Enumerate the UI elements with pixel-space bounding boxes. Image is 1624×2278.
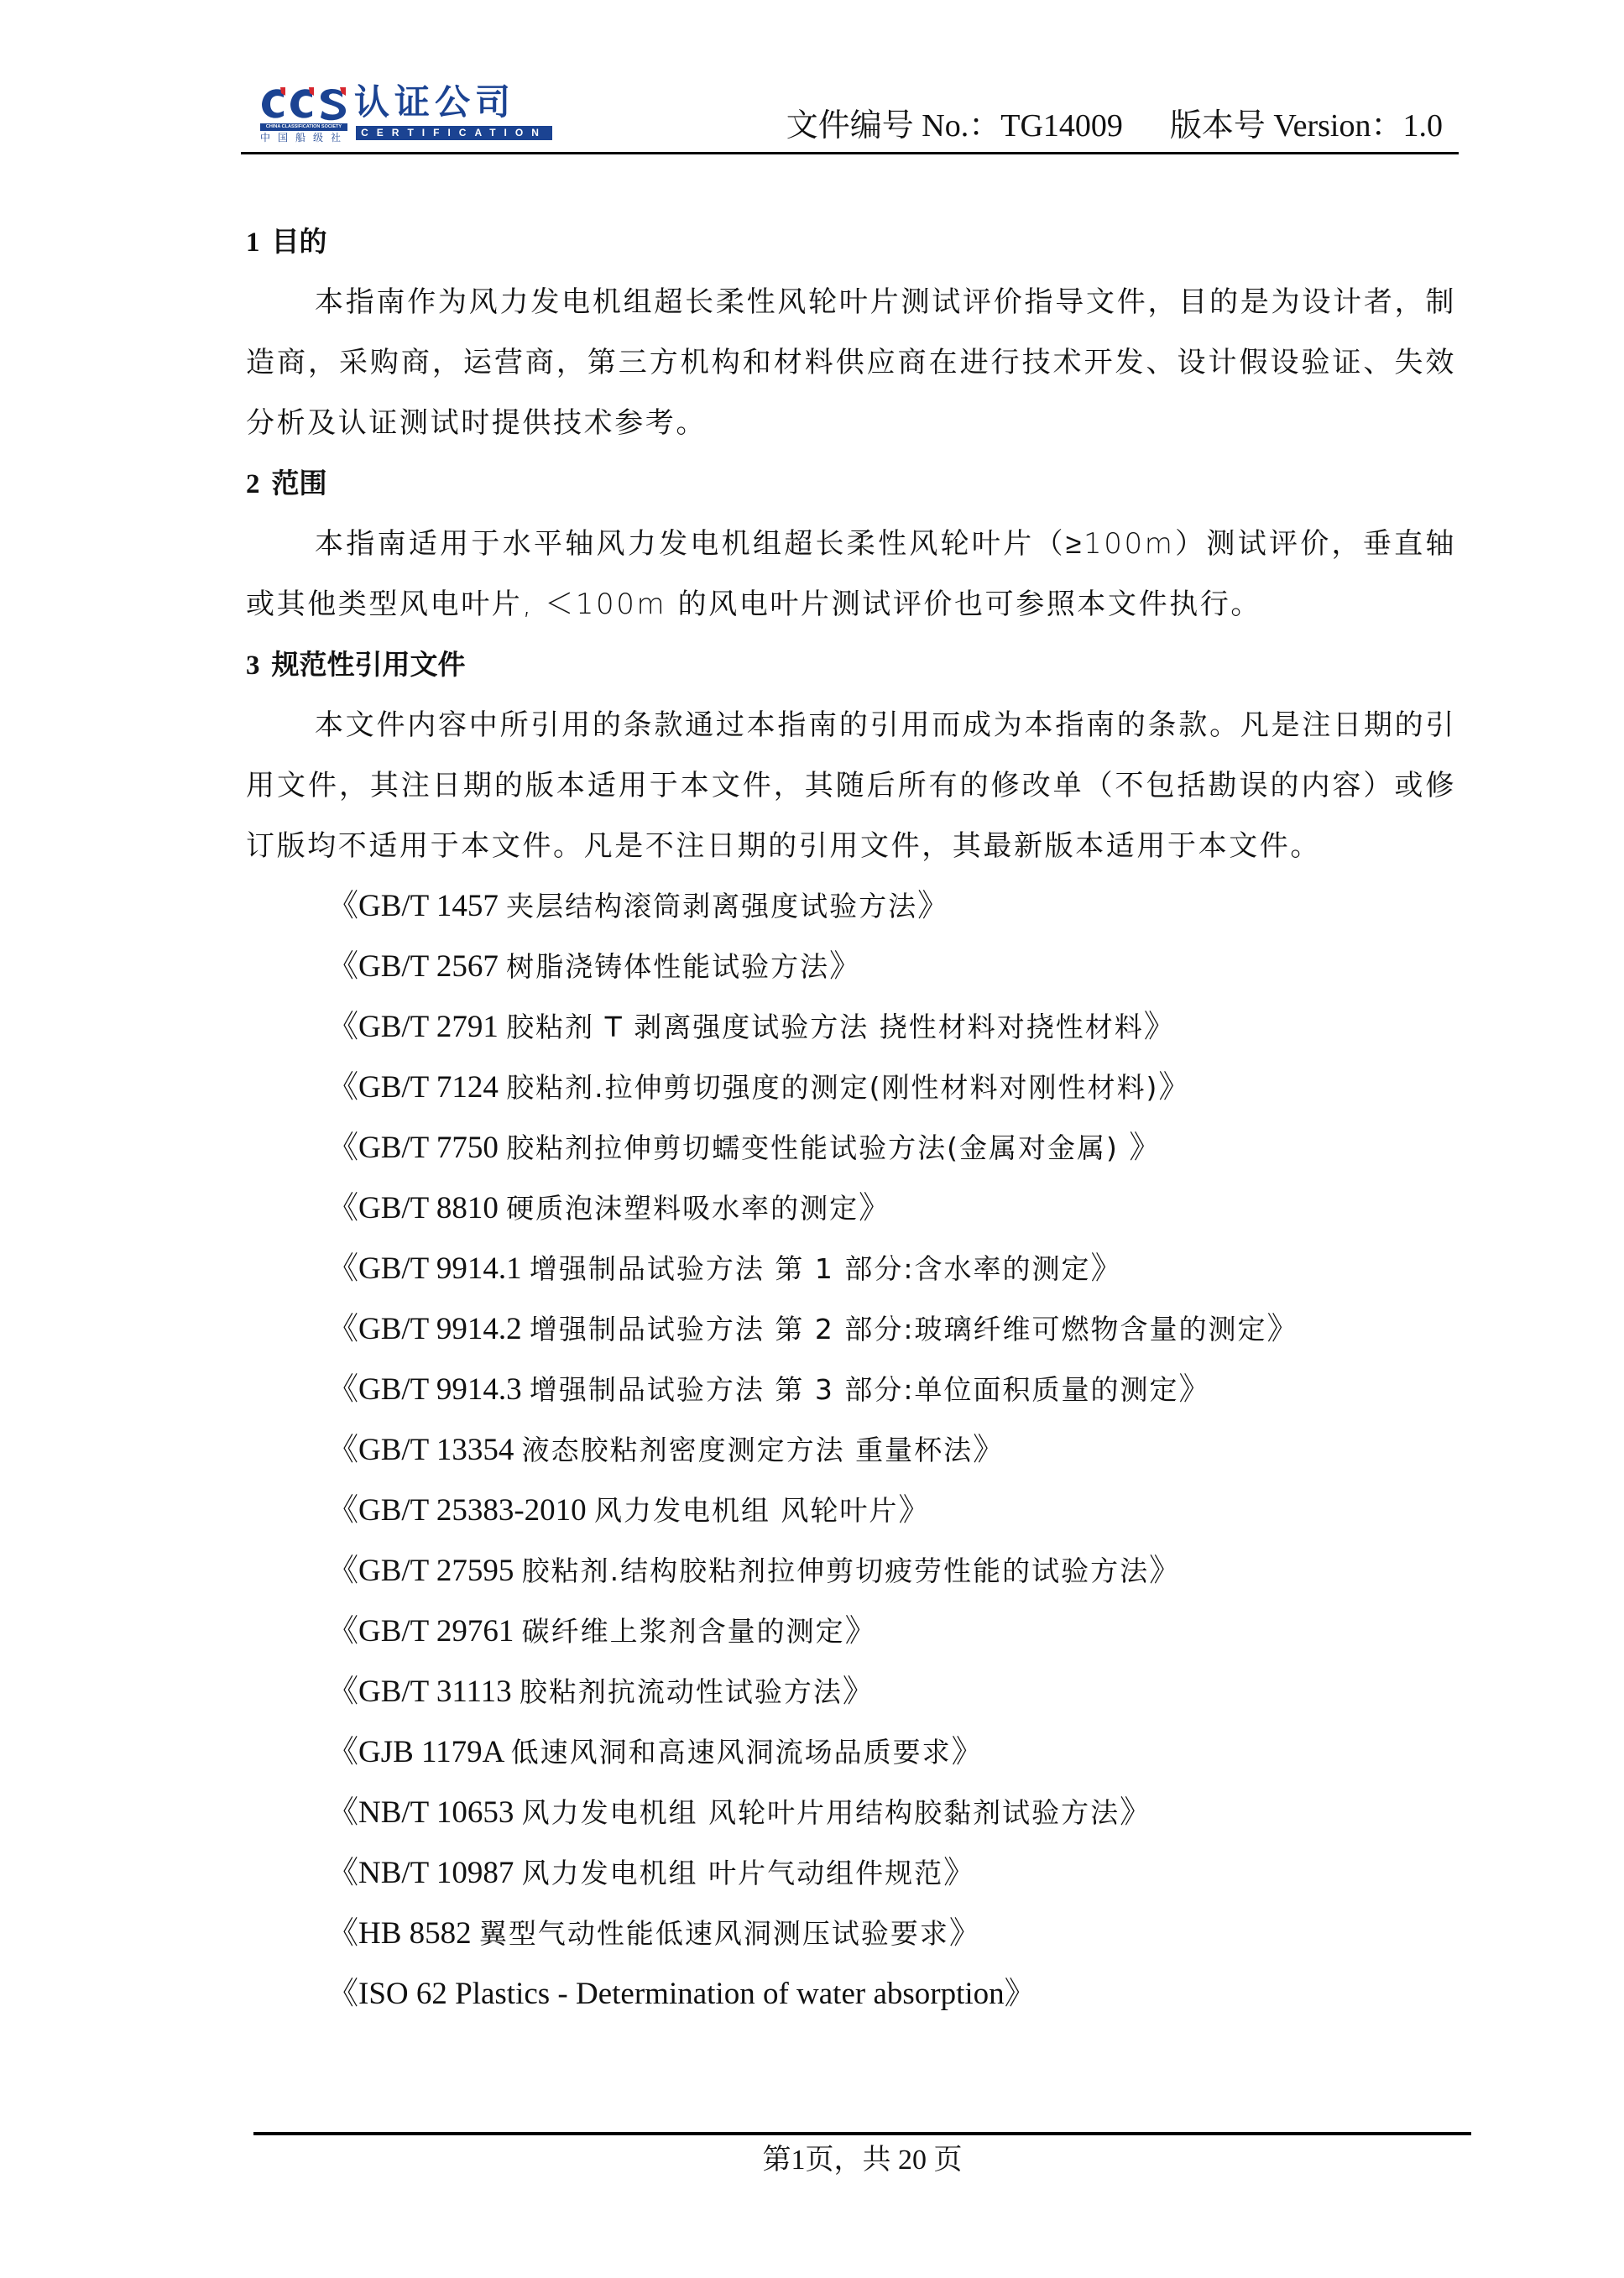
reference-code: GB/T 31113 [358, 1675, 512, 1709]
header-divider [241, 152, 1459, 154]
reference-title: 低速风洞和高速风洞流场品质要求 [511, 1736, 952, 1769]
bracket-close: 》 [829, 949, 860, 984]
reference-code: NB/T 10653 [358, 1795, 514, 1830]
reference-item: 《ISO 62 Plastics - Determination of wate… [327, 1964, 1456, 2025]
bracket-open: 《 [327, 949, 358, 984]
reference-item: 《GB/T 8810 硬质泡沫塑料吸水率的测定》 [327, 1178, 1456, 1239]
bracket-open: 《 [327, 1312, 358, 1346]
reference-title: 翼型气动性能低速风洞测压试验要求 [479, 1917, 949, 1950]
reference-item: 《GB/T 13354 液态胶粘剂密度测定方法 重量杯法》 [327, 1420, 1456, 1481]
reference-title: 胶粘剂抗流动性试验方法 [520, 1675, 843, 1708]
reference-title: 风力发电机组 叶片气动组件规范 [522, 1857, 944, 1889]
bracket-close: 》 [1158, 1070, 1189, 1105]
bracket-open: 《 [327, 1614, 358, 1648]
reference-code: GB/T 7124 [358, 1070, 499, 1105]
reference-title: 胶粘剂.结构胶粘剂拉伸剪切疲劳性能的试验方法 [522, 1554, 1150, 1587]
bracket-open: 《 [327, 1191, 358, 1225]
section-number: 3 [246, 650, 260, 681]
section-heading-scope: 2范围 [246, 453, 1456, 514]
section-paragraph: 本指南适用于水平轴风力发电机组超长柔性风轮叶片（≥100m）测试评价，垂直轴或其… [246, 514, 1456, 635]
bracket-close: 》 [1149, 1554, 1180, 1588]
bracket-close: 》 [859, 1191, 890, 1225]
bracket-close: 》 [1178, 1372, 1209, 1407]
reference-code: GB/T 9914.2 [358, 1312, 522, 1346]
document-meta: 文件编号 No.：TG14009版本号 Version：1.0 [786, 107, 1443, 144]
bracket-close: 》 [943, 1856, 974, 1890]
reference-item: 《GB/T 31113 胶粘剂抗流动性试验方法》 [327, 1662, 1456, 1722]
reference-code: NB/T 10987 [358, 1856, 514, 1890]
bracket-open: 《 [327, 1977, 358, 2011]
section-title: 目的 [272, 225, 327, 258]
reference-code: GB/T 7750 [358, 1131, 499, 1165]
bracket-close: 》 [845, 1614, 876, 1648]
reference-item: 《GB/T 2791 胶粘剂 T 剥离强度试验方法 挠性材料对挠性材料》 [327, 997, 1456, 1058]
reference-item: 《GJB 1179A 低速风洞和高速风洞流场品质要求》 [327, 1722, 1456, 1783]
reference-title: 碳纤维上浆剂含量的测定 [522, 1615, 845, 1648]
reference-code: ISO 62 [358, 1977, 447, 2011]
bracket-close: 》 [1266, 1312, 1298, 1346]
reference-item: 《HB 8582 翼型气动性能低速风洞测压试验要求》 [327, 1904, 1456, 1964]
bracket-open: 《 [327, 1554, 358, 1588]
bracket-close: 》 [898, 1493, 929, 1528]
page-number: 第1页，共 20 页 [0, 2142, 1624, 2179]
ccs-logo-icon [258, 86, 349, 123]
reference-item: 《GB/T 27595 胶粘剂.结构胶粘剂拉伸剪切疲劳性能的试验方法》 [327, 1541, 1456, 1601]
reference-title: 增强制品试验方法 第 3 部分:单位面积质量的测定 [530, 1373, 1179, 1406]
reference-item: 《GB/T 25383-2010 风力发电机组 风轮叶片》 [327, 1481, 1456, 1541]
reference-code: GB/T 8810 [358, 1191, 499, 1225]
reference-code: GB/T 25383-2010 [358, 1493, 587, 1528]
bracket-close: 》 [949, 1916, 980, 1951]
bracket-open: 《 [327, 1010, 358, 1044]
bracket-close: 》 [1005, 1977, 1036, 2011]
reference-title: 胶粘剂拉伸剪切蠕变性能试验方法(金属对金属) [506, 1131, 1129, 1164]
reference-item: 《NB/T 10653 风力发电机组 风轮叶片用结构胶黏剂试验方法》 [327, 1783, 1456, 1843]
reference-title: 夹层结构滚筒剥离强度试验方法 [506, 890, 917, 922]
logo-company-cn: 认证公司 [354, 82, 515, 123]
bracket-close: 》 [1144, 1010, 1175, 1044]
bracket-open: 《 [327, 1795, 358, 1830]
logo-company-en: CERTIFICATION [356, 126, 552, 140]
reference-code: GB/T 2791 [358, 1010, 499, 1044]
bracket-open: 《 [327, 1856, 358, 1890]
reference-code: GB/T 9914.3 [358, 1372, 522, 1407]
logo-society-en: CHINA CLASSIFICATION SOCIETY [260, 123, 347, 131]
reference-title: 液态胶粘剂密度测定方法 重量杯法 [522, 1434, 974, 1466]
doc-number: TG14009 [1000, 108, 1123, 144]
bracket-open: 《 [327, 1251, 358, 1286]
reference-item: 《NB/T 10987 风力发电机组 叶片气动组件规范》 [327, 1843, 1456, 1904]
bracket-close: 》 [917, 889, 948, 923]
bracket-open: 《 [327, 1735, 358, 1769]
bracket-open: 《 [327, 1493, 358, 1528]
bracket-open: 《 [327, 1916, 358, 1951]
reference-title: 胶粘剂 T 剥离强度试验方法 挠性材料对挠性材料 [506, 1011, 1144, 1043]
bracket-close: 》 [952, 1735, 983, 1769]
version-number: 1.0 [1403, 108, 1444, 144]
reference-list: 《GB/T 1457 夹层结构滚筒剥离强度试验方法》《GB/T 2567 树脂浇… [246, 876, 1456, 2025]
reference-item: 《GB/T 7124 胶粘剂.拉伸剪切强度的测定(刚性材料对刚性材料)》 [327, 1058, 1456, 1118]
bracket-close: 》 [1120, 1795, 1151, 1830]
reference-item: 《GB/T 9914.2 增强制品试验方法 第 2 部分:玻璃纤维可燃物含量的测… [327, 1299, 1456, 1360]
document-body: 1目的 本指南作为风力发电机组超长柔性风轮叶片测试评价指导文件，目的是为设计者，… [246, 212, 1456, 2025]
bracket-close: 》 [973, 1433, 1004, 1467]
bracket-open: 《 [327, 1070, 358, 1105]
reference-title: 风力发电机组 风轮叶片 [594, 1494, 899, 1527]
reference-title: 增强制品试验方法 第 2 部分:玻璃纤维可燃物含量的测定 [530, 1313, 1267, 1345]
logo-society-cn: 中国船级社 [260, 132, 347, 144]
page-header: CHINA CLASSIFICATION SOCIETY 中国船级社 认证公司 … [0, 0, 1624, 159]
bracket-close: 》 [1129, 1131, 1160, 1165]
section-heading-normative-references: 3规范性引用文件 [246, 635, 1456, 695]
bracket-close: 》 [843, 1675, 874, 1709]
bracket-open: 《 [327, 889, 358, 923]
reference-item: 《GB/T 29761 碳纤维上浆剂含量的测定》 [327, 1601, 1456, 1662]
section-number: 1 [246, 227, 260, 258]
ccs-certification-logo: CHINA CLASSIFICATION SOCIETY 中国船级社 认证公司 … [257, 86, 552, 144]
reference-code: GB/T 2567 [358, 949, 499, 984]
bracket-close: 》 [1090, 1251, 1121, 1286]
reference-title: 树脂浇铸体性能试验方法 [506, 950, 829, 983]
reference-item: 《GB/T 9914.3 增强制品试验方法 第 3 部分:单位面积质量的测定》 [327, 1360, 1456, 1420]
section-paragraph: 本文件内容中所引用的条款通过本指南的引用而成为本指南的条款。凡是注日期的引用文件… [246, 695, 1456, 876]
reference-item: 《GB/T 1457 夹层结构滚筒剥离强度试验方法》 [327, 876, 1456, 937]
section-title: 规范性引用文件 [272, 648, 466, 681]
reference-title: 硬质泡沫塑料吸水率的测定 [506, 1192, 859, 1225]
bracket-open: 《 [327, 1131, 358, 1165]
footer-divider [253, 2132, 1471, 2135]
bracket-open: 《 [327, 1433, 358, 1467]
reference-code: GB/T 29761 [358, 1614, 514, 1648]
reference-item: 《GB/T 2567 树脂浇铸体性能试验方法》 [327, 937, 1456, 997]
reference-title: 风力发电机组 风轮叶片用结构胶黏剂试验方法 [522, 1796, 1120, 1829]
section-number: 2 [246, 469, 260, 499]
reference-title: Plastics - Determination of water absorp… [455, 1977, 1005, 2011]
reference-item: 《GB/T 7750 胶粘剂拉伸剪切蠕变性能试验方法(金属对金属) 》 [327, 1118, 1456, 1178]
version-label: 版本号 Version： [1170, 108, 1403, 144]
reference-code: GB/T 9914.1 [358, 1251, 522, 1286]
section-title: 范围 [272, 467, 327, 499]
reference-code: GB/T 27595 [358, 1554, 514, 1588]
doc-number-label: 文件编号 No.： [786, 108, 1000, 144]
reference-title: 胶粘剂.拉伸剪切强度的测定(刚性材料对刚性材料) [506, 1071, 1158, 1104]
reference-item: 《GB/T 9914.1 增强制品试验方法 第 1 部分:含水率的测定》 [327, 1239, 1456, 1299]
bracket-open: 《 [327, 1372, 358, 1407]
reference-code: HB 8582 [358, 1916, 472, 1951]
reference-code: GJB 1179A [358, 1735, 503, 1769]
bracket-open: 《 [327, 1675, 358, 1709]
section-paragraph: 本指南作为风力发电机组超长柔性风轮叶片测试评价指导文件，目的是为设计者，制造商，… [246, 272, 1456, 453]
reference-code: GB/T 13354 [358, 1433, 514, 1467]
reference-code: GB/T 1457 [358, 889, 499, 923]
reference-title: 增强制品试验方法 第 1 部分:含水率的测定 [530, 1252, 1091, 1285]
section-heading-purpose: 1目的 [246, 212, 1456, 272]
